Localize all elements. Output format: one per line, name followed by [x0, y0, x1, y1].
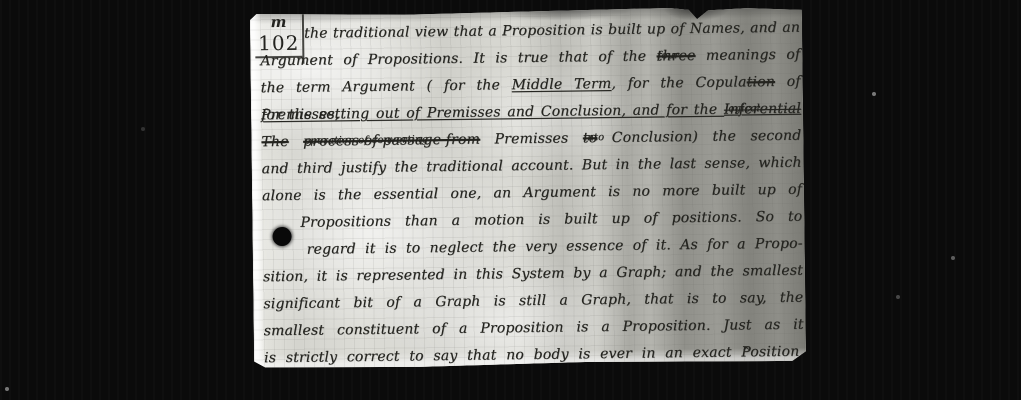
handwriting-text: sition, it is represented in this System… [263, 263, 803, 286]
revised-text: logicalInferential [724, 96, 801, 124]
revised-text: fourthree [656, 43, 695, 70]
handwriting-text: is strictly correct to say that no body … [264, 344, 741, 366]
handwriting-text [289, 134, 304, 150]
revised-text: operation of convertingprocess of passag… [303, 127, 480, 156]
inserted-word: four [658, 51, 680, 61]
inserted-word: into [584, 133, 605, 143]
handwriting-text: meanings of [695, 47, 800, 64]
handwriting-text: significant bit of a Graph is still a Gr… [263, 290, 803, 313]
handwriting-text: Propositions than a motion is built up o… [300, 209, 802, 231]
revised-text: ^Position, [741, 339, 804, 367]
inserted-word: ^ [742, 347, 751, 357]
handwriting-text: Premisses [480, 130, 583, 147]
underlined-text: Middle Term [512, 76, 612, 93]
handwriting-text: the traditional view that a Proposition … [304, 20, 800, 42]
handwriting-text: , for the Copula [611, 74, 746, 92]
revised-text: intoto [583, 125, 598, 152]
inserted-word: logical [725, 104, 760, 114]
handwriting-text: Conclusion) the second [597, 128, 801, 146]
dust-specks [0, 0, 2, 2]
ink-blot [272, 227, 291, 246]
handwriting-text: Argument of Propositions. It is true tha… [260, 48, 656, 69]
photo-background: m 102 the traditional view that a Propos… [0, 0, 1021, 400]
text-line: is strictly correct to say that no body … [264, 339, 804, 373]
handwriting-text: smallest constituent of a Proposition is… [264, 317, 804, 340]
struck-text: The [261, 134, 288, 150]
handwriting-text: and third justify the traditional accoun… [262, 155, 802, 178]
handwriting-text: alone is the essential one, an Argument … [262, 182, 802, 205]
handwriting-text: the term Argument ( for the [261, 77, 512, 96]
struck-text: tion [747, 74, 776, 90]
underlined-text: for the setting out of Premisses and Con… [261, 102, 724, 124]
handwriting-text: regard it is to neglect the very essence… [307, 236, 803, 258]
inserted-word: operation of converting [304, 135, 428, 147]
handwritten-text: the traditional view that a Proposition … [260, 15, 804, 373]
manuscript-page: m 102 the traditional view that a Propos… [250, 6, 806, 371]
